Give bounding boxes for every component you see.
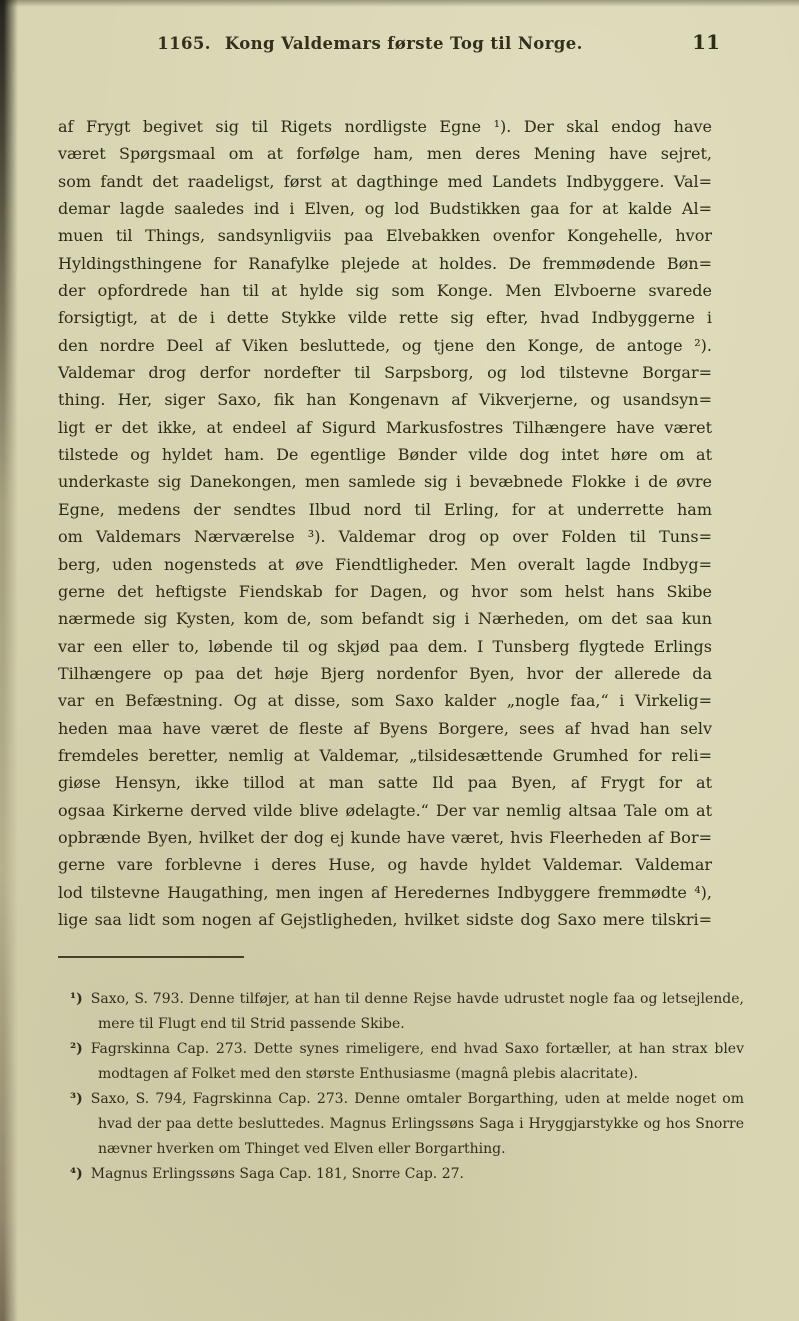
footnote-separator [58, 956, 244, 958]
footnote-marker: ²) [70, 1041, 91, 1057]
scanned-book-page: 1165.Kong Valdemars første Tog til Norge… [0, 0, 799, 1321]
text-line: været Spørgsmaal om at forfølge ham, men… [58, 140, 712, 167]
text-line: lige saa lidt som nogen af Gejstligheden… [58, 906, 712, 933]
footnote-text: Fagrskinna Cap. 273. Dette synes rimelig… [91, 1041, 744, 1082]
text-line: var een eller to, løbende til og skjød p… [58, 633, 712, 660]
footnote: ²)Fagrskinna Cap. 273. Dette synes rimel… [62, 1037, 744, 1086]
footnote-text: Magnus Erlingssøns Saga Cap. 181, Snorre… [91, 1166, 464, 1182]
running-header-center: 1165.Kong Valdemars første Tog til Norge… [58, 34, 682, 53]
footnote-marker: ⁴) [70, 1166, 91, 1182]
text-line: af Frygt begivet sig til Rigets nordligs… [58, 113, 712, 140]
text-line: underkaste sig Danekongen, men samlede s… [58, 468, 712, 495]
footnote: ⁴)Magnus Erlingssøns Saga Cap. 181, Snor… [62, 1162, 744, 1187]
text-line: Egne, medens der sendtes Ilbud nord til … [58, 496, 712, 523]
text-line: ligt er det ikke, at endeel af Sigurd Ma… [58, 414, 712, 441]
text-line: forsigtigt, at de i dette Stykke vilde r… [58, 304, 712, 331]
text-line: den nordre Deel af Viken besluttede, og … [58, 332, 712, 359]
text-line: der opfordrede han til at hylde sig som … [58, 277, 712, 304]
body-text: af Frygt begivet sig til Rigets nordligs… [58, 113, 712, 933]
footnotes-block: ¹)Saxo, S. 793. Denne tilføjer, at han t… [62, 987, 744, 1188]
footnote-marker: ¹) [70, 991, 91, 1007]
chapter-year: 1165. [157, 34, 211, 53]
text-line: tilstede og hyldet ham. De egentlige Bøn… [58, 441, 712, 468]
text-line: om Valdemars Nærværelse ³). Valdemar dro… [58, 523, 712, 550]
footnote: ¹)Saxo, S. 793. Denne tilføjer, at han t… [62, 987, 744, 1036]
page-top-shadow [0, 0, 799, 7]
text-line: thing. Her, siger Saxo, fik han Kongenav… [58, 386, 712, 413]
text-line: heden maa have været de fleste af Byens … [58, 715, 712, 742]
text-line: nærmede sig Kysten, kom de, som befandt … [58, 605, 712, 632]
text-line: Hyldingsthingene for Ranafylke plejede a… [58, 250, 712, 277]
footnote: ³)Saxo, S. 794, Fagrskinna Cap. 273. Den… [62, 1087, 744, 1161]
running-header: 1165.Kong Valdemars første Tog til Norge… [58, 34, 712, 62]
page-title: Kong Valdemars første Tog til Norge. [225, 34, 583, 53]
text-line: Tilhængere op paa det høje Bjerg nordenf… [58, 660, 712, 687]
page-number: 11 [692, 30, 720, 54]
text-line: gerne vare forblevne i deres Huse, og ha… [58, 851, 712, 878]
footnote-text: Saxo, S. 794, Fagrskinna Cap. 273. Denne… [91, 1091, 744, 1156]
text-line: giøse Hensyn, ikke tillod at man satte I… [58, 769, 712, 796]
text-line: fremdeles beretter, nemlig at Valdemar, … [58, 742, 712, 769]
text-line: opbrænde Byen, hvilket der dog ej kunde … [58, 824, 712, 851]
text-line: var en Befæstning. Og at disse, som Saxo… [58, 687, 712, 714]
text-line: muen til Things, sandsynligviis paa Elve… [58, 222, 712, 249]
text-line: lod tilstevne Haugathing, men ingen af H… [58, 879, 712, 906]
text-line: Valdemar drog derfor nordefter til Sarps… [58, 359, 712, 386]
text-line: som fandt det raadeligst, først at dagth… [58, 168, 712, 195]
text-line: demar lagde saaledes ind i Elven, og lod… [58, 195, 712, 222]
footnote-marker: ³) [70, 1091, 91, 1107]
text-line: berg, uden nogensteds at øve Fiendtlighe… [58, 551, 712, 578]
text-line: gerne det heftigste Fiendskab for Dagen,… [58, 578, 712, 605]
binding-shadow [0, 0, 18, 1321]
footnote-text: Saxo, S. 793. Denne tilføjer, at han til… [91, 991, 744, 1032]
text-line: ogsaa Kirkerne derved vilde blive ødelag… [58, 797, 712, 824]
